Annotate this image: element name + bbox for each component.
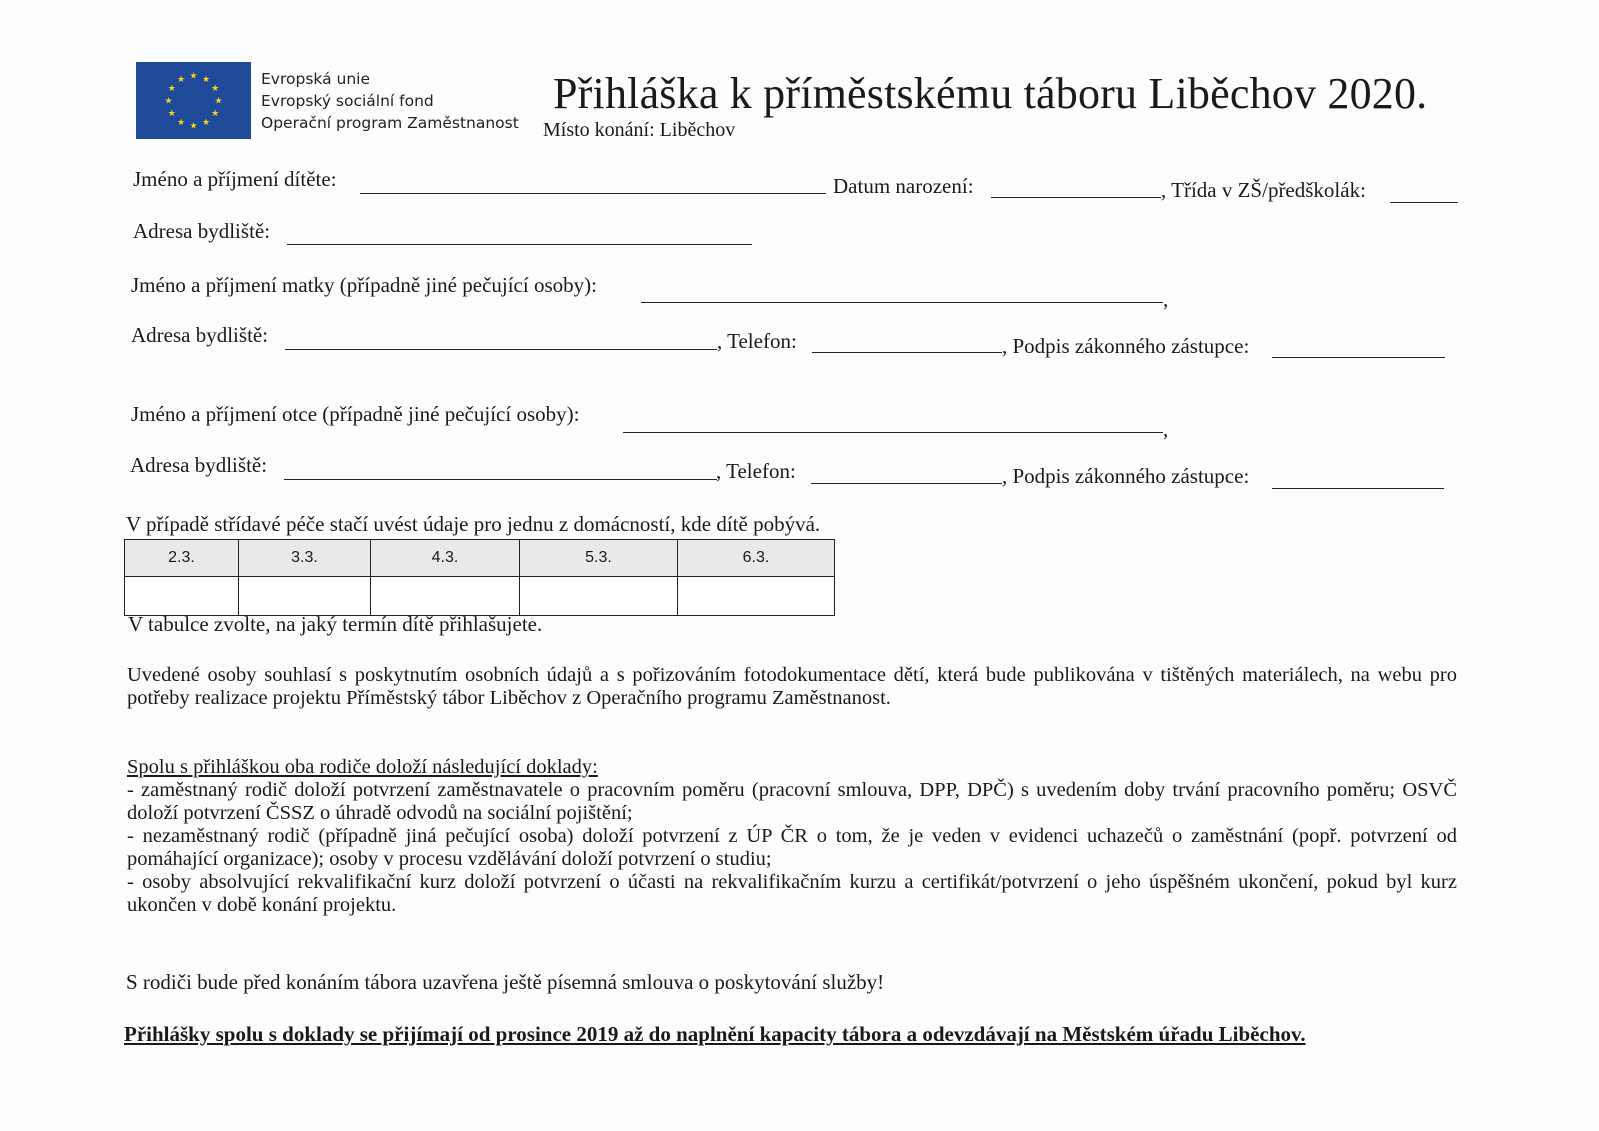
date-header: 4.3. — [371, 540, 520, 577]
eu-flag-icon: ★★★★★★★★★★★★ — [136, 62, 251, 139]
date-selection-cell[interactable] — [239, 577, 371, 616]
documents-item: - osoby absolvující rekvalifikační kurz … — [127, 871, 1457, 917]
contract-note: S rodiči bude před konáním tábora uzavře… — [126, 970, 884, 995]
dates-selection-row — [125, 577, 835, 616]
child-class-field[interactable] — [1390, 202, 1458, 203]
eu-logo-text: Evropská unie Evropský sociální fond Ope… — [261, 68, 519, 134]
svg-text:★: ★ — [202, 117, 210, 127]
child-address-label: Adresa bydliště: — [133, 219, 270, 244]
table-note: V tabulce zvolte, na jaký termín dítě př… — [128, 612, 542, 637]
date-header: 2.3. — [125, 540, 239, 577]
svg-text:★: ★ — [202, 74, 210, 84]
documents-section: Spolu s přihláškou oba rodiče doloží nás… — [127, 756, 1457, 917]
father-name-field[interactable] — [623, 432, 1163, 433]
svg-text:★: ★ — [189, 71, 197, 81]
svg-text:★: ★ — [211, 108, 219, 118]
eu-logo-line: Evropský sociální fond — [261, 90, 519, 112]
documents-item: - zaměstnaný rodič doloží potvrzení zamě… — [127, 779, 1457, 825]
mother-signature-field[interactable] — [1272, 357, 1445, 358]
svg-text:★: ★ — [211, 83, 219, 93]
date-header: 5.3. — [520, 540, 678, 577]
dates-table: 2.3. 3.3. 4.3. 5.3. 6.3. — [124, 539, 835, 616]
father-signature-field[interactable] — [1272, 488, 1444, 489]
child-address-field[interactable] — [287, 244, 752, 245]
mother-name-suffix: , — [1163, 287, 1168, 312]
date-selection-cell[interactable] — [520, 577, 678, 616]
svg-text:★: ★ — [177, 117, 185, 127]
svg-text:★: ★ — [177, 74, 185, 84]
mother-address-label: Adresa bydliště: — [131, 323, 268, 348]
mother-phone-label: , Telefon: — [717, 329, 797, 354]
mother-name-field[interactable] — [641, 302, 1163, 303]
submission-footer: Přihlášky spolu s doklady se přijímají o… — [124, 1022, 1306, 1047]
alternate-care-note: V případě střídavé péče stačí uvést údaj… — [126, 512, 820, 537]
mother-signature-label: , Podpis zákonného zástupce: — [1002, 334, 1249, 359]
child-class-label: , Třída v ZŠ/předškolák: — [1161, 178, 1366, 203]
father-address-field[interactable] — [284, 479, 717, 480]
date-header: 3.3. — [239, 540, 371, 577]
date-selection-cell[interactable] — [371, 577, 520, 616]
mother-phone-field[interactable] — [812, 352, 1002, 353]
consent-paragraph: Uvedené osoby souhlasí s poskytnutím oso… — [127, 664, 1457, 710]
mother-name-label: Jméno a příjmení matky (případně jiné pe… — [131, 273, 597, 298]
eu-logo-line: Evropská unie — [261, 68, 519, 90]
child-birth-field[interactable] — [991, 197, 1161, 198]
child-birth-label: Datum narození: — [833, 174, 974, 199]
mother-address-field[interactable] — [285, 349, 717, 350]
svg-text:★: ★ — [214, 96, 222, 106]
father-name-suffix: , — [1163, 417, 1168, 442]
eu-logo-line: Operační program Zaměstnanost — [261, 112, 519, 134]
svg-text:★: ★ — [168, 83, 176, 93]
date-header: 6.3. — [678, 540, 835, 577]
page-subtitle: Místo konání: Liběchov — [543, 119, 735, 142]
svg-text:★: ★ — [164, 96, 172, 106]
date-selection-cell[interactable] — [125, 577, 239, 616]
child-name-label: Jméno a příjmení dítěte: — [133, 167, 337, 192]
svg-text:★: ★ — [189, 121, 197, 131]
father-address-label: Adresa bydliště: — [130, 453, 267, 478]
father-signature-label: , Podpis zákonného zástupce: — [1002, 464, 1249, 489]
page-title: Přihláška k příměstskému táboru Liběchov… — [553, 68, 1427, 119]
father-phone-field[interactable] — [811, 483, 1002, 484]
dates-header-row: 2.3. 3.3. 4.3. 5.3. 6.3. — [125, 540, 835, 577]
svg-text:★: ★ — [168, 108, 176, 118]
date-selection-cell[interactable] — [678, 577, 835, 616]
child-name-field[interactable] — [360, 193, 826, 194]
father-phone-label: , Telefon: — [716, 459, 796, 484]
documents-heading: Spolu s přihláškou oba rodiče doloží nás… — [127, 756, 1457, 779]
father-name-label: Jméno a příjmení otce (případně jiné peč… — [131, 402, 579, 427]
documents-item: - nezaměstnaný rodič (případně jiná peču… — [127, 825, 1457, 871]
